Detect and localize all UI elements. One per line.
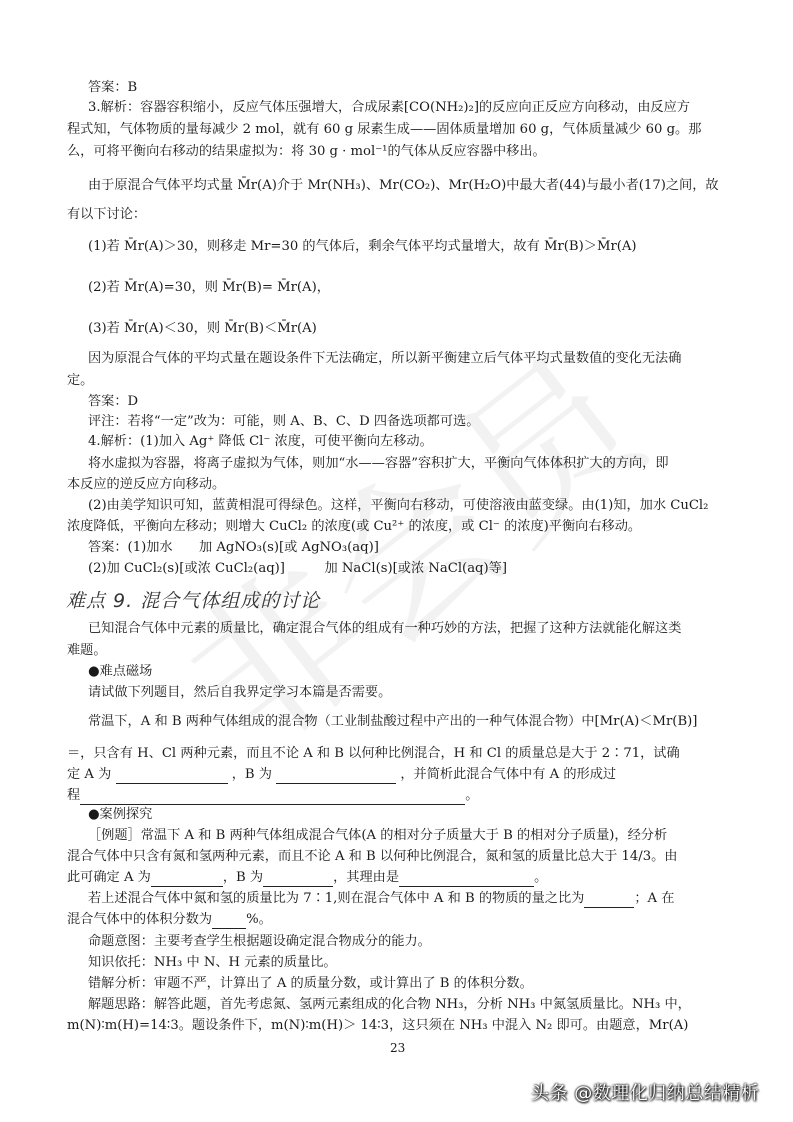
example-line3-c: ，其理由是 xyxy=(333,870,399,885)
section-heading: 难点 9. 混合气体组成的讨论 xyxy=(66,586,320,613)
problem-line4: 程。 xyxy=(67,787,727,805)
analysis-intent: 命题意图：主要考查学生根据题设确定混合物成分的能力。 xyxy=(88,933,728,951)
problem-line1: 常温下，A 和 B 两种气体组成的混合物（工业制盐酸过程中产出的一种气体混合物）… xyxy=(88,713,728,731)
blank-example-a[interactable] xyxy=(151,873,223,887)
example-line5-b: %。 xyxy=(246,912,272,927)
source-credit: 头条 @数理化归纳总结精析 xyxy=(531,1079,759,1105)
example-line1: ［例题］常温下 A 和 B 两种气体组成混合气体(A 的相对分子质量大于 B 的… xyxy=(88,827,728,845)
problem-line2: ＝，只含有 H、Cl 两种元素，而且不论 A 和 B 以何种比例混合，H 和 C… xyxy=(67,745,727,763)
intro-line1: 已知混合气体中元素的质量比，确定混合气体的组成有一种巧妙的方法，把握了这种方法就… xyxy=(88,620,728,638)
answer-4-line2: (2)加 CuCl₂(s)[或浓 CuCl₂(aq)] 加 NaCl(s)[或浓… xyxy=(88,560,728,578)
bullet-difficulty-field: ●难点磁场 xyxy=(88,663,728,681)
analysis-idea-line2: m(N)∶m(H)=14∶3。题设条件下，m(N)∶m(H)＞ 14∶3，这只须… xyxy=(67,1017,727,1035)
example-line3-a: 此可确定 A 为 xyxy=(67,870,151,885)
problem-line4-a: 程 xyxy=(67,788,80,803)
blank-b-answer[interactable] xyxy=(276,770,396,784)
q4-analysis-line1: 4.解析：(1)加入 Ag⁺ 降低 Cl⁻ 浓度，可使平衡向左移动。 xyxy=(88,433,728,451)
q3-analysis-line2: 程式知，气体物质的量每减少 2 mol，就有 60 g 尿素生成——固体质量增加… xyxy=(67,121,727,139)
example-line3-d: 。 xyxy=(534,870,547,885)
problem-line3: 定 A 为 ，B 为 ，并简析此混合气体中有 A 的形成过 xyxy=(67,766,727,784)
q4-analysis-line3: 本反应的逆反应方向移动。 xyxy=(67,476,727,494)
analysis-idea-line1: 解题思路：解答此题，首先考虑氮、氢两元素组成的化合物 NH₃，分析 NH₃ 中氮… xyxy=(88,996,728,1014)
example-line3-b: ，B 为 xyxy=(223,870,263,885)
intro-line2: 难题。 xyxy=(67,642,727,660)
answer-d: 答案：D xyxy=(88,393,728,411)
example-line5-a: 混合气体中的体积分数为 xyxy=(67,912,212,927)
blank-example-reason[interactable] xyxy=(399,873,534,887)
answer-4-line1: 答案：(1)加水 加 AgNO₃(s)[或 AgNO₃(aq)] xyxy=(88,539,728,557)
example-line4-a: 若上述混合气体中氮和氢的质量比为 7∶1,则在混合气体中 A 和 B 的物质的量… xyxy=(88,891,584,906)
example-line4: 若上述混合气体中氮和氢的质量比为 7∶1,则在混合气体中 A 和 B 的物质的量… xyxy=(88,890,728,908)
discussion-line1: 由于原混合气体平均式量 M̄r(A)介于 Mr(NH₃)、Mr(CO₂)、Mr(… xyxy=(88,177,728,195)
bullet-case-study: ●案例探究 xyxy=(88,806,728,824)
q4-analysis-line2: 将水虚拟为容器，将离子虚拟为气体，则加“水——容器”容积扩大，平衡向气体体积扩大… xyxy=(88,455,728,473)
blank-formation-process[interactable] xyxy=(80,791,465,805)
page-number: 23 xyxy=(390,1041,405,1055)
conclusion-line1: 因为原混合气体的平均式量在题设条件下无法确定，所以新平衡建立后气体平均式量数值的… xyxy=(88,350,728,368)
case-1: (1)若 M̄r(A)＞30，则移走 Mr=30 的气体后，剩余气体平均式量增大… xyxy=(88,238,728,256)
comment: 评注：若将“一定”改为：可能，则 A、B、C、D 四备选项都可选。 xyxy=(88,413,728,431)
conclusion-line2: 定。 xyxy=(67,372,727,390)
example-line5: 混合气体中的体积分数为%。 xyxy=(67,911,727,929)
discussion-line2: 有以下讨论： xyxy=(67,206,727,224)
q3-analysis-line3: 么，可将平衡向右移动的结果虚拟为：将 30 g · mol⁻¹的气体从反应容器中… xyxy=(67,143,727,161)
analysis-knowledge: 知识依托：NH₃ 中 N、H 元素的质量比。 xyxy=(88,954,728,972)
q4-analysis-line4: (2)由美学知识可知，蓝黄相混可得绿色。这样，平衡向右移动，可使溶液由蓝变绿。由… xyxy=(88,497,728,515)
blank-volume-fraction[interactable] xyxy=(212,915,246,929)
problem-line3-b: ，B 为 xyxy=(232,767,272,782)
analysis-error: 错解分析：审题不严，计算出了 A 的质量分数，或计算出了 B 的体积分数。 xyxy=(88,975,728,993)
answer-b: 答案：B xyxy=(88,79,728,97)
q3-analysis-line1: 3.解析：容器容积缩小，反应气体压强增大，合成尿素[CO(NH₂)₂]的反应向正… xyxy=(88,99,728,117)
problem-line4-b: 。 xyxy=(465,788,478,803)
problem-line3-a: 定 A 为 xyxy=(67,767,111,782)
blank-example-b[interactable] xyxy=(263,873,333,887)
problem-line3-c: ，并简析此混合气体中有 A 的形成过 xyxy=(400,767,616,782)
blank-mole-ratio[interactable] xyxy=(584,894,634,908)
case-2: (2)若 M̄r(A)=30，则 M̄r(B)= M̄r(A)， xyxy=(88,279,728,297)
q4-analysis-line5: 浓度降低，平衡向左移动；则增大 CuCl₂ 的浓度(或 Cu²⁺ 的浓度，或 C… xyxy=(67,518,727,536)
example-line4-b: ；A 在 xyxy=(634,891,674,906)
blank-a-answer[interactable] xyxy=(116,770,228,784)
document-page: 非会员 答案：B 3.解析：容器容积缩小，反应气体压强增大，合成尿素[CO(NH… xyxy=(0,0,793,1122)
try-instruction: 请试做下列题目，然后自我界定学习本篇是否需要。 xyxy=(88,684,728,702)
case-3: (3)若 M̄r(A)＜30，则 M̄r(B)＜M̄r(A) xyxy=(88,320,728,338)
example-line3: 此可确定 A 为，B 为，其理由是。 xyxy=(67,869,727,887)
example-line2: 混合气体中只含有氮和氢两种元素，而且不论 A 和 B 以何种比例混合，氮和氢的质… xyxy=(67,848,727,866)
